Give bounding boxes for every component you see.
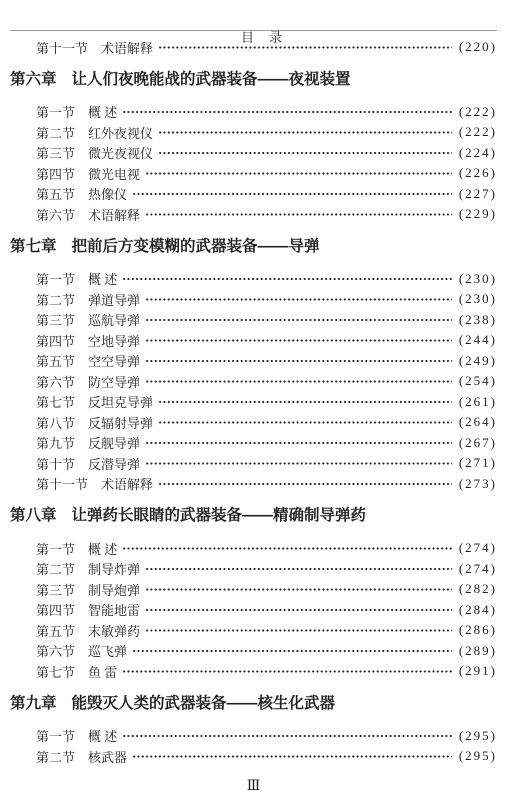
toc-item: 第五节热像仪(227) bbox=[10, 184, 497, 205]
toc-item-page: (244) bbox=[459, 332, 497, 348]
toc-item-label: 第三节 bbox=[36, 580, 75, 599]
dot-leader bbox=[158, 122, 452, 143]
toc-item-label: 第四节 bbox=[36, 331, 75, 350]
dot-leader bbox=[132, 641, 452, 662]
chapter-title: 能毁灭人类的武器装备——核生化武器 bbox=[72, 693, 336, 715]
toc-item: 第六节巡飞弹(289) bbox=[10, 641, 497, 662]
toc-item-label: 第二节 bbox=[36, 747, 75, 766]
toc-item-title: 制导炸弹 bbox=[88, 559, 140, 578]
toc-item-title: 概 述 bbox=[88, 269, 117, 288]
toc-item-page: (222) bbox=[459, 104, 497, 120]
chapter-heading: 第七章把前后方变模糊的武器装备——导弹 bbox=[10, 236, 497, 258]
toc-item-title: 红外夜视仪 bbox=[88, 123, 153, 142]
toc-item-page: (295) bbox=[459, 728, 497, 744]
toc-item-page: (267) bbox=[459, 435, 497, 451]
dot-leader bbox=[158, 143, 452, 164]
toc-item-label: 第二节 bbox=[36, 559, 75, 578]
toc-item: 第三节巡航导弹(238) bbox=[10, 310, 497, 331]
toc-item-label: 第六节 bbox=[36, 641, 75, 660]
toc-item-label: 第三节 bbox=[36, 143, 75, 162]
toc-item: 第十节反潜导弹(271) bbox=[10, 453, 497, 474]
chapter-label: 第六章 bbox=[10, 69, 57, 91]
dot-leader bbox=[122, 726, 452, 747]
chapter-label: 第九章 bbox=[10, 693, 57, 715]
toc-item-label: 第一节 bbox=[36, 269, 75, 288]
dot-leader bbox=[122, 102, 452, 123]
toc-item-title: 防空导弹 bbox=[88, 372, 140, 391]
toc-item: 第三节制导炮弹(282) bbox=[10, 579, 497, 600]
toc-item-label: 第五节 bbox=[36, 351, 75, 370]
dot-leader bbox=[145, 453, 452, 474]
toc-item-title: 空空导弹 bbox=[88, 351, 140, 370]
toc-item-title: 热像仪 bbox=[88, 184, 127, 203]
toc-item-title: 巡航导弹 bbox=[88, 310, 140, 329]
toc-item-page: (230) bbox=[459, 291, 497, 307]
toc-item-label: 第十一节 bbox=[36, 474, 88, 493]
toc-item-title: 制导炮弹 bbox=[88, 580, 140, 599]
toc-item-page: (224) bbox=[459, 145, 497, 161]
dot-leader bbox=[145, 330, 452, 351]
toc-item-title: 概 述 bbox=[88, 726, 117, 745]
toc-item-page: (238) bbox=[459, 312, 497, 328]
toc-item-label: 第二节 bbox=[36, 290, 75, 309]
toc-item-page: (271) bbox=[459, 455, 497, 471]
chapter-heading: 第九章能毁灭人类的武器装备——核生化武器 bbox=[10, 693, 497, 715]
toc-item-page: (282) bbox=[459, 581, 497, 597]
toc-item-title: 术语解释 bbox=[101, 38, 153, 57]
toc-item-page: (264) bbox=[459, 414, 497, 430]
toc-item-label: 第三节 bbox=[36, 310, 75, 329]
dot-leader bbox=[158, 474, 452, 495]
page-header: 目 录 bbox=[10, 8, 497, 28]
toc-item: 第三节微光夜视仪(224) bbox=[10, 143, 497, 164]
toc-item-page: (222) bbox=[459, 124, 497, 140]
toc-item-title: 微光电视 bbox=[88, 164, 140, 183]
toc-item-title: 反潜导弹 bbox=[88, 454, 140, 473]
toc-item: 第八节反辐射导弹(264) bbox=[10, 412, 497, 433]
toc-item-label: 第五节 bbox=[36, 621, 75, 640]
dot-leader bbox=[122, 661, 452, 682]
toc-item-title: 反舰导弹 bbox=[88, 433, 140, 452]
toc-item-page: (289) bbox=[459, 643, 497, 659]
toc-item: 第二节弹道导弹(230) bbox=[10, 289, 497, 310]
toc-item-title: 反辐射导弹 bbox=[88, 413, 153, 432]
dot-leader bbox=[158, 392, 452, 413]
toc-item: 第十一节术语解释(220) bbox=[10, 37, 497, 58]
toc-item: 第九节反舰导弹(267) bbox=[10, 433, 497, 454]
chapter-title: 让人们夜晚能战的武器装备——夜视装置 bbox=[72, 69, 351, 91]
toc-item: 第二节核武器(295) bbox=[10, 746, 497, 767]
dot-leader bbox=[145, 163, 452, 184]
dot-leader bbox=[122, 538, 452, 559]
toc-page: 目 录 第十一节术语解释(220)第六章让人们夜晚能战的武器装备——夜视装置第一… bbox=[0, 0, 510, 800]
toc-item-label: 第九节 bbox=[36, 433, 75, 452]
toc-item-title: 概 述 bbox=[88, 539, 117, 558]
toc-item-label: 第七节 bbox=[36, 662, 75, 681]
toc-item-label: 第一节 bbox=[36, 102, 75, 121]
toc-item: 第一节概 述(274) bbox=[10, 538, 497, 559]
toc-item-label: 第四节 bbox=[36, 600, 75, 619]
toc-item-label: 第六节 bbox=[36, 205, 75, 224]
toc-item: 第一节概 述(230) bbox=[10, 269, 497, 290]
dot-leader bbox=[145, 289, 452, 310]
toc-item: 第十一节术语解释(273) bbox=[10, 474, 497, 495]
toc-item-page: (226) bbox=[459, 165, 497, 181]
toc-item: 第六节防空导弹(254) bbox=[10, 371, 497, 392]
dot-leader bbox=[145, 620, 452, 641]
toc-item-label: 第四节 bbox=[36, 164, 75, 183]
toc-item: 第四节微光电视(226) bbox=[10, 163, 497, 184]
page-footer: Ⅲ bbox=[10, 777, 497, 797]
toc-item-page: (286) bbox=[459, 622, 497, 638]
toc-item-page: (284) bbox=[459, 602, 497, 618]
toc-item-page: (230) bbox=[459, 271, 497, 287]
toc-list: 第十一节术语解释(220)第六章让人们夜晚能战的武器装备——夜视装置第一节概 述… bbox=[10, 37, 497, 767]
toc-item-label: 第七节 bbox=[36, 392, 75, 411]
chapter-title: 把前后方变模糊的武器装备——导弹 bbox=[72, 236, 320, 258]
toc-item-label: 第五节 bbox=[36, 184, 75, 203]
toc-item-title: 鱼 雷 bbox=[88, 662, 117, 681]
toc-item-title: 末敏弹药 bbox=[88, 621, 140, 640]
toc-item-title: 术语解释 bbox=[88, 205, 140, 224]
toc-item-title: 弹道导弹 bbox=[88, 290, 140, 309]
dot-leader bbox=[132, 184, 452, 205]
toc-item-page: (227) bbox=[459, 186, 497, 202]
toc-item-label: 第十一节 bbox=[36, 38, 88, 57]
toc-item: 第七节反坦克导弹(261) bbox=[10, 392, 497, 413]
toc-item-title: 核武器 bbox=[88, 747, 127, 766]
toc-item-title: 概 述 bbox=[88, 102, 117, 121]
toc-item: 第四节智能地雷(284) bbox=[10, 600, 497, 621]
footer-page-number: Ⅲ bbox=[247, 779, 261, 794]
toc-item-page: (249) bbox=[459, 353, 497, 369]
chapter-label: 第八章 bbox=[10, 505, 57, 527]
dot-leader bbox=[145, 559, 452, 580]
toc-item: 第七节鱼 雷(291) bbox=[10, 661, 497, 682]
toc-item: 第一节概 述(295) bbox=[10, 726, 497, 747]
dot-leader bbox=[145, 310, 452, 331]
toc-item-title: 空地导弹 bbox=[88, 331, 140, 350]
toc-item: 第二节红外夜视仪(222) bbox=[10, 122, 497, 143]
toc-item: 第二节制导炸弹(274) bbox=[10, 559, 497, 580]
chapter-heading: 第八章让弹药长眼睛的武器装备——精确制导弹药 bbox=[10, 505, 497, 527]
toc-item-page: (220) bbox=[459, 39, 497, 55]
toc-item: 第五节末敏弹药(286) bbox=[10, 620, 497, 641]
toc-item-title: 术语解释 bbox=[101, 474, 153, 493]
dot-leader bbox=[145, 433, 452, 454]
toc-item: 第四节空地导弹(244) bbox=[10, 330, 497, 351]
toc-item-page: (295) bbox=[459, 748, 497, 764]
toc-item-title: 反坦克导弹 bbox=[88, 392, 153, 411]
toc-item-page: (273) bbox=[459, 476, 497, 492]
toc-item-label: 第一节 bbox=[36, 539, 75, 558]
dot-leader bbox=[145, 371, 452, 392]
chapter-heading: 第六章让人们夜晚能战的武器装备——夜视装置 bbox=[10, 69, 497, 91]
toc-item-title: 智能地雷 bbox=[88, 600, 140, 619]
dot-leader bbox=[145, 600, 452, 621]
toc-item: 第五节空空导弹(249) bbox=[10, 351, 497, 372]
toc-item: 第六节术语解释(229) bbox=[10, 204, 497, 225]
toc-item-page: (274) bbox=[459, 540, 497, 556]
toc-item-label: 第二节 bbox=[36, 123, 75, 142]
toc-item-page: (254) bbox=[459, 373, 497, 389]
toc-item-page: (291) bbox=[459, 663, 497, 679]
toc-item-label: 第六节 bbox=[36, 372, 75, 391]
dot-leader bbox=[122, 269, 452, 290]
chapter-title: 让弹药长眼睛的武器装备——精确制导弹药 bbox=[72, 505, 367, 527]
dot-leader bbox=[158, 37, 452, 58]
toc-item-label: 第八节 bbox=[36, 413, 75, 432]
dot-leader bbox=[145, 579, 452, 600]
dot-leader bbox=[145, 204, 452, 225]
toc-item-title: 巡飞弹 bbox=[88, 641, 127, 660]
toc-item: 第一节概 述(222) bbox=[10, 102, 497, 123]
toc-item-label: 第十节 bbox=[36, 454, 75, 473]
dot-leader bbox=[132, 746, 452, 767]
dot-leader bbox=[158, 412, 452, 433]
toc-item-label: 第一节 bbox=[36, 726, 75, 745]
toc-item-page: (261) bbox=[459, 394, 497, 410]
chapter-label: 第七章 bbox=[10, 236, 57, 258]
toc-item-page: (229) bbox=[459, 206, 497, 222]
toc-item-title: 微光夜视仪 bbox=[88, 143, 153, 162]
toc-item-page: (274) bbox=[459, 561, 497, 577]
dot-leader bbox=[145, 351, 452, 372]
